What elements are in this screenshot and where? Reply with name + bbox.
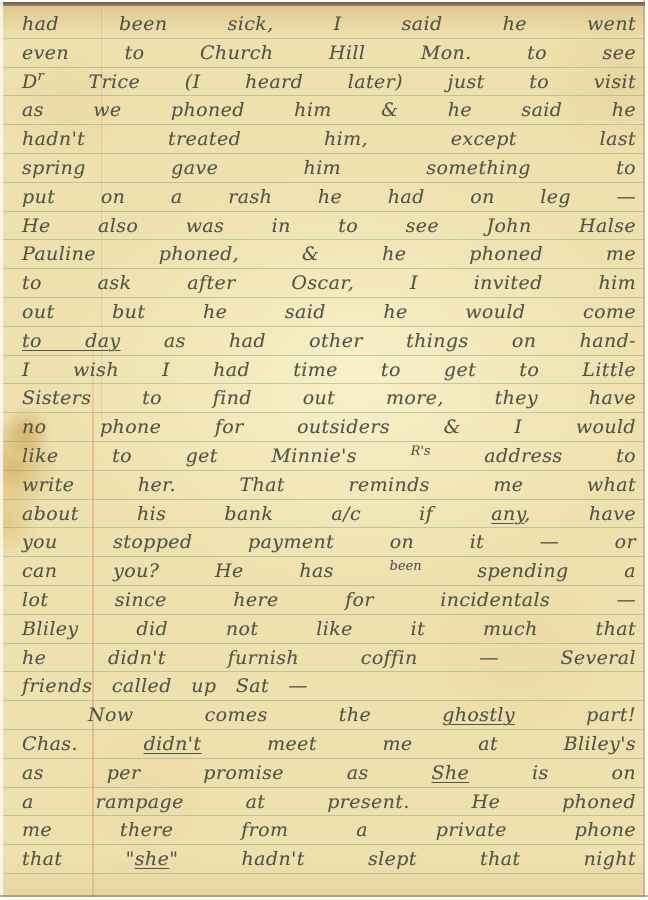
handwriting-text: write her. That reminds me what (22, 474, 636, 496)
handwriting-line: Now comes the ghostly part! (0, 701, 648, 730)
underlined-word: She (431, 762, 469, 784)
handwriting-text: a rampage at present. He phoned (22, 791, 636, 813)
handwriting-text: about his bank a/c if (22, 503, 491, 525)
handwriting-line: lot since here for incidentals — (0, 586, 648, 615)
letter-scan-page: had been sick, I said he wenteven to Chu… (0, 0, 648, 900)
handwriting-text: as had other things on hand- (121, 330, 636, 352)
handwriting-text: , have (524, 503, 636, 525)
handwriting-line: to ask after Oscar, I invited him (0, 269, 648, 298)
handwriting-line: write her. That reminds me what (0, 471, 648, 500)
handwriting-line: hadn't treated him, except last (0, 125, 648, 154)
handwriting-text: Trice (I heard later) just to visit (44, 71, 636, 93)
handwriting-line: that "she" hadn't slept that night (0, 845, 648, 874)
handwriting-line: to day as had other things on hand- (0, 327, 648, 356)
handwriting-text: out but he said he would come (22, 301, 636, 323)
inserted-superscript-word: been (390, 559, 422, 574)
handwriting-line: about his bank a/c if any, have (0, 500, 648, 529)
handwriting-text: as per promise as (22, 762, 431, 784)
handwriting-line: put on a rash he had on leg — (0, 183, 648, 212)
handwriting-text: can you? He has (22, 560, 390, 582)
underlined-word: she (135, 848, 169, 870)
inserted-superscript-word: r (38, 69, 44, 84)
handwriting-text: me there from a private phone (22, 819, 636, 841)
underlined-word: any (491, 503, 524, 525)
underlined-word: ghostly (442, 704, 515, 726)
handwriting-text: lot since here for incidentals — (22, 589, 636, 611)
handwriting-line: no phone for outsiders & I would (0, 413, 648, 442)
handwriting-text: like to get Minnie's (22, 445, 411, 467)
handwriting-text: that " (22, 848, 135, 870)
paper-top-edge-shadow (0, 2, 648, 6)
handwriting-text: is on (469, 762, 636, 784)
handwriting-line: friends called up Sat — (0, 672, 648, 701)
handwriting-line: like to get Minnie's R's address to (0, 442, 648, 471)
handwriting-text: D (22, 71, 38, 93)
handwriting-text: address to (431, 445, 636, 467)
handwriting-text: Chas. (22, 733, 144, 755)
underlined-word: to day (22, 330, 121, 352)
handwriting-text: " hadn't slept that night (169, 848, 636, 870)
handwriting-line: out but he said he would come (0, 298, 648, 327)
handwriting-text: put on a rash he had on leg — (22, 186, 636, 208)
handwriting-line: as per promise as She is on (0, 759, 648, 788)
handwriting-line: Chas. didn't meet me at Bliley's (0, 730, 648, 759)
handwriting-line: He also was in to see John Halse (0, 212, 648, 241)
handwriting-line: Dr Trice (I heard later) just to visit (0, 68, 648, 97)
handwriting-line: even to Church Hill Mon. to see (0, 39, 648, 68)
handwriting-text: had been sick, I said he went (22, 13, 636, 35)
handwriting-line: had been sick, I said he went (0, 10, 648, 39)
handwriting-line: Bliley did not like it much that (0, 615, 648, 644)
handwriting-line: a rampage at present. He phoned (0, 788, 648, 817)
handwriting-text: He also was in to see John Halse (22, 215, 636, 237)
handwriting-text: Now comes the (88, 704, 442, 726)
handwriting-text: hadn't treated him, except last (22, 128, 636, 150)
handwriting-text: spring gave him something to (22, 157, 636, 179)
handwriting-text: no phone for outsiders & I would (22, 416, 636, 438)
handwriting-text: part! (515, 704, 636, 726)
handwriting-text: even to Church Hill Mon. to see (22, 42, 636, 64)
handwriting-text: you stopped payment on it — or (22, 531, 636, 553)
handwriting-text: spending a (422, 560, 636, 582)
handwriting-text: friends called up Sat — (22, 675, 308, 697)
handwriting-line: Sisters to find out more, they have (0, 384, 648, 413)
handwriting-line: you stopped payment on it — or (0, 528, 648, 557)
handwriting-text: Bliley did not like it much that (22, 618, 636, 640)
handwriting-line: as we phoned him & he said he (0, 96, 648, 125)
handwriting-line: spring gave him something to (0, 154, 648, 183)
scan-edge-left (0, 0, 3, 900)
handwriting-text: Sisters to find out more, they have (22, 387, 636, 409)
underlined-word: didn't (144, 733, 202, 755)
handwriting-text: I wish I had time to get to Little (22, 359, 636, 381)
inserted-superscript-word: R's (411, 444, 431, 459)
handwriting-line: can you? He has been spending a (0, 557, 648, 586)
handwriting-line: Pauline phoned, & he phoned me (0, 240, 648, 269)
handwriting-text: he didn't furnish coffin — Several (22, 647, 636, 669)
handwriting-text: Pauline phoned, & he phoned me (22, 243, 636, 265)
handwriting-lines: had been sick, I said he wenteven to Chu… (0, 10, 648, 874)
handwriting-line: me there from a private phone (0, 816, 648, 845)
handwriting-line: he didn't furnish coffin — Several (0, 644, 648, 673)
handwriting-text: as we phoned him & he said he (22, 99, 636, 121)
handwriting-text: to ask after Oscar, I invited him (22, 272, 636, 294)
handwriting-line: I wish I had time to get to Little (0, 356, 648, 385)
handwriting-text: meet me at Bliley's (201, 733, 636, 755)
